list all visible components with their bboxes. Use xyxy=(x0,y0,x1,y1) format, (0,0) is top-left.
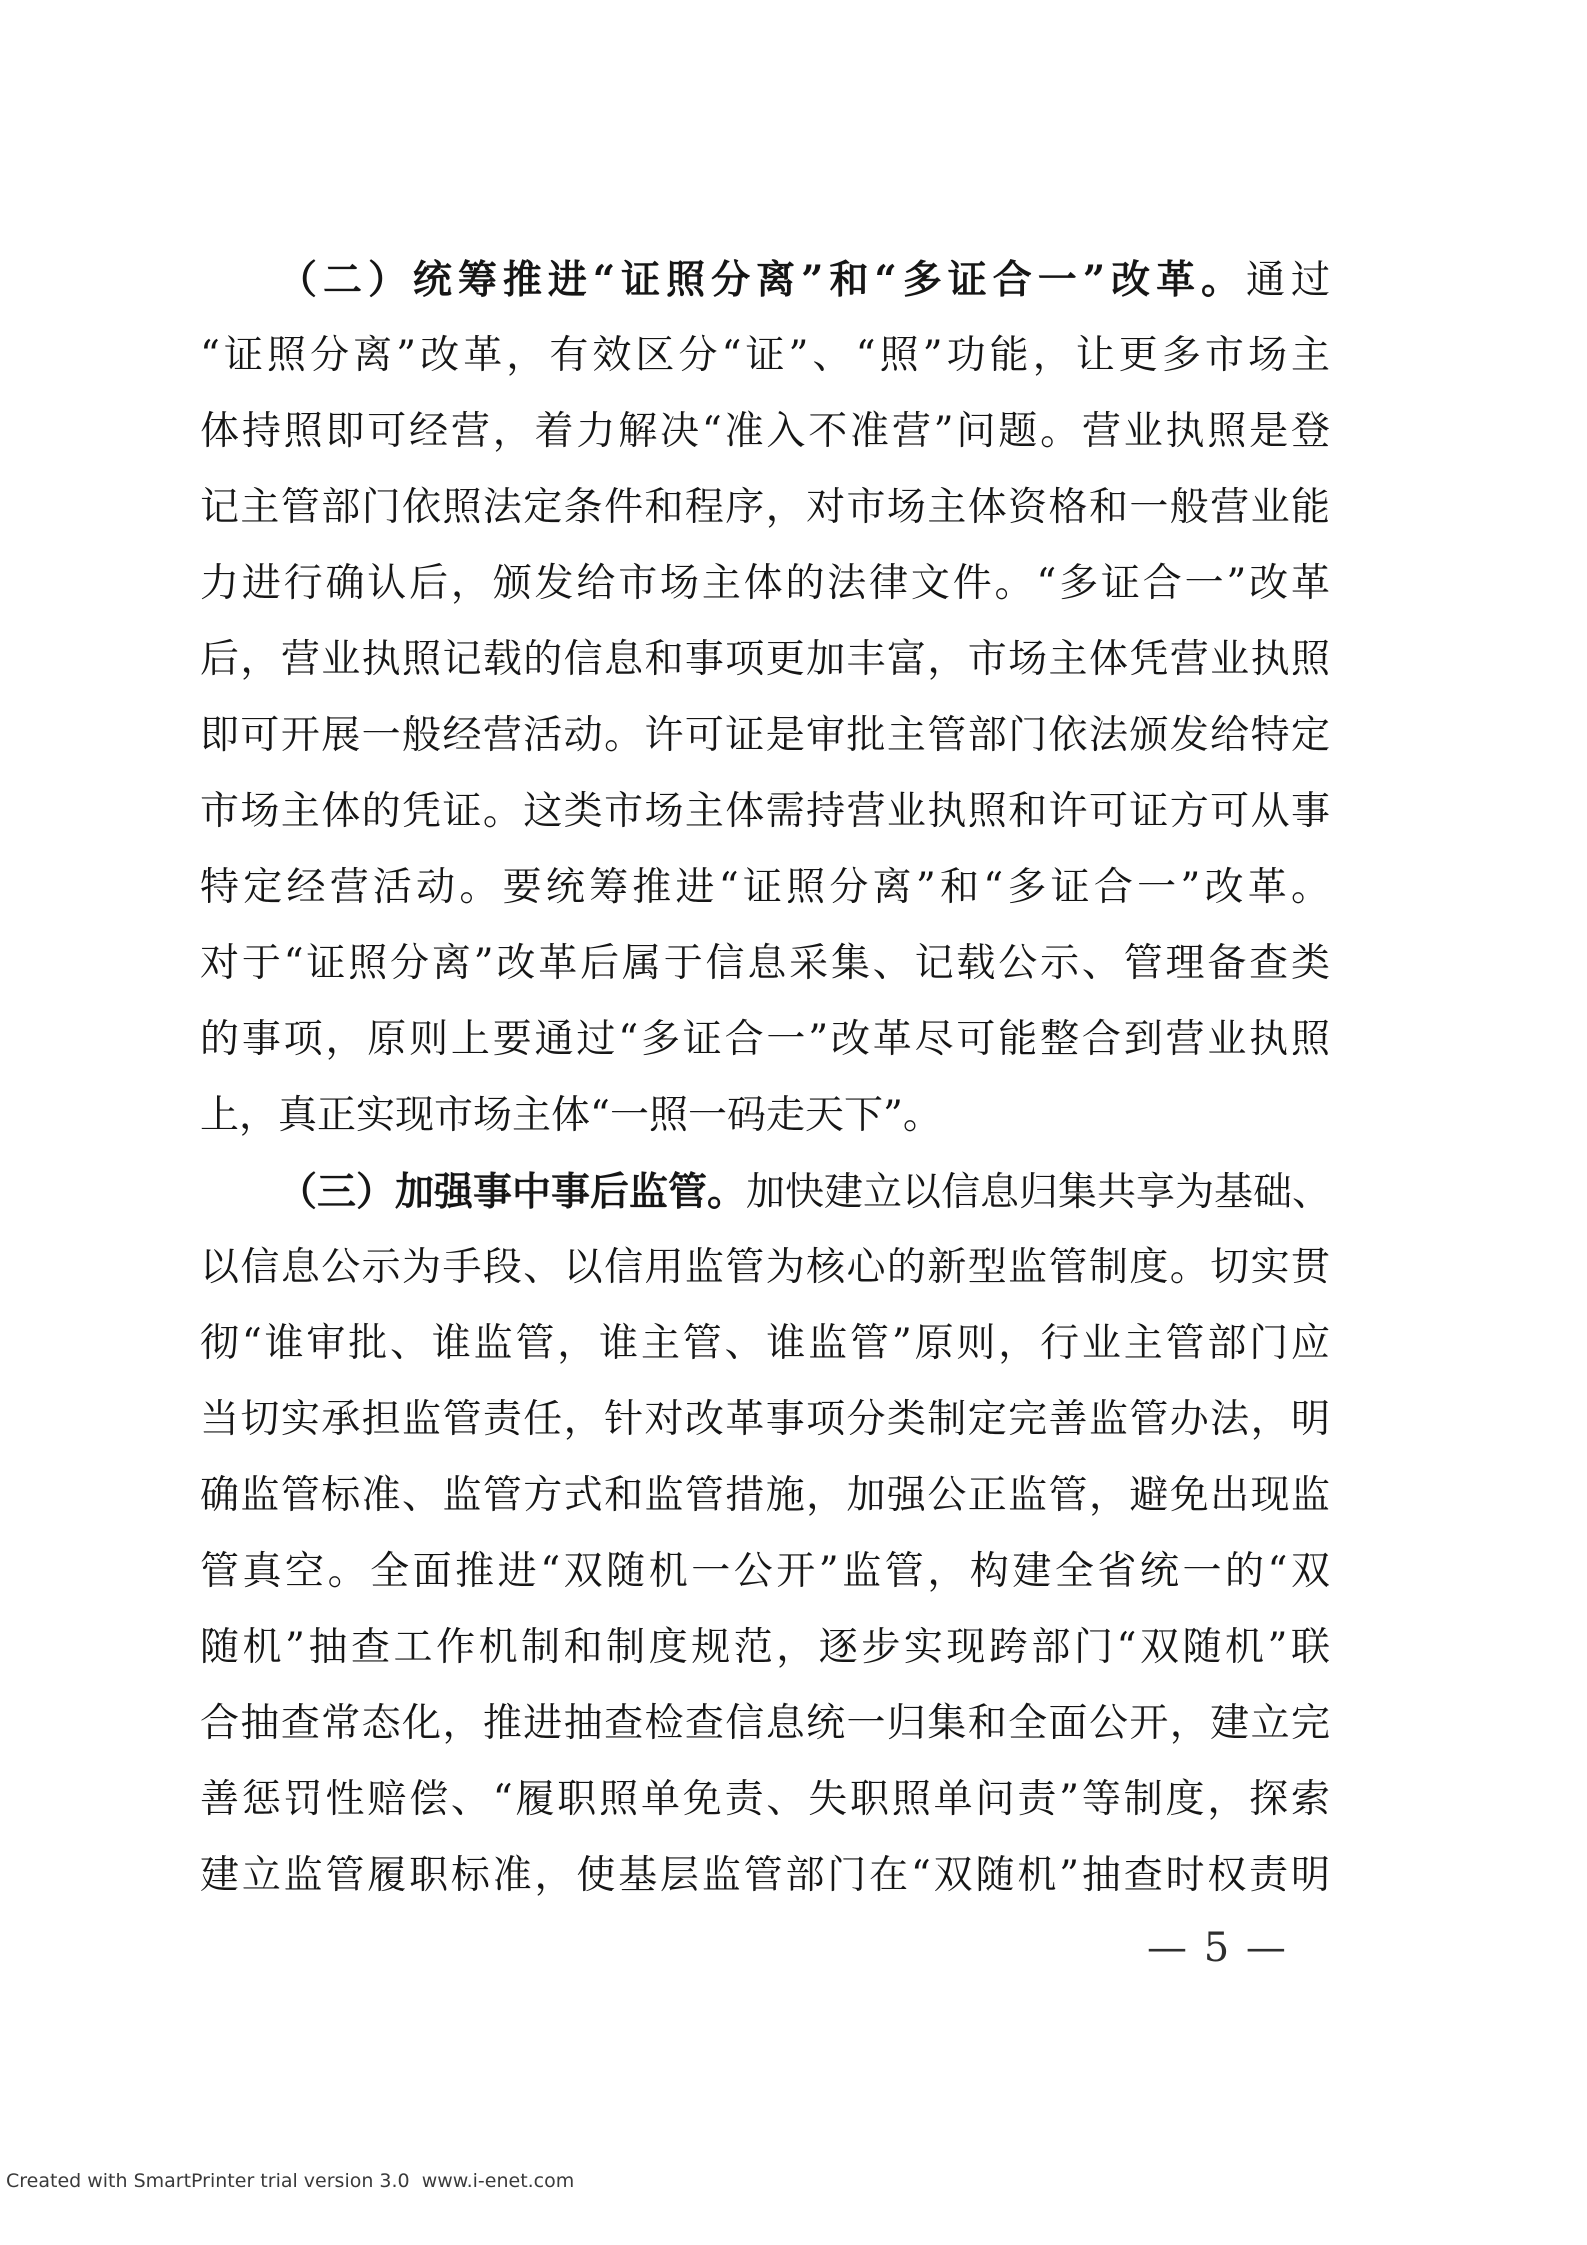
section-heading-text: （三）加强事中事后监管。 xyxy=(278,1169,746,1215)
page-number: — 5 — xyxy=(1147,1923,1287,1973)
line-text: 体持照即可经营，着力解决“准入不准营”问题。营业执照是登 xyxy=(200,409,1330,454)
document-page: （二）统筹推进“证照分离”和“多证合一”改革。通过 “证照分离”改革，有效区分“… xyxy=(0,0,1587,2245)
line-text: 确监管标准、监管方式和监管措施，加强公正监管，避免出现监 xyxy=(200,1473,1330,1518)
line-text: 记主管部门依照法定条件和程序，对市场主体资格和一般营业能 xyxy=(200,485,1330,530)
text-line: 以信息公示为手段、以信用监管为核心的新型监管制度。切实贯 xyxy=(200,1230,1330,1306)
line-text: 特定经营活动。要统筹推进“证照分离”和“多证合一”改革。 xyxy=(200,865,1330,910)
line-text: 的事项，原则上要通过“多证合一”改革尽可能整合到营业执照 xyxy=(200,1017,1330,1062)
line-text: 通过 xyxy=(1246,258,1330,303)
line-text: 上，真正实现市场主体“一照一码走天下”。 xyxy=(200,1093,942,1138)
text-line: 当切实承担监管责任，针对改革事项分类制定完善监管办法，明 xyxy=(200,1382,1330,1458)
text-line: （三）加强事中事后监管。加快建立以信息归集共享为基础、 xyxy=(200,1154,1330,1230)
text-line: 彻“谁审批、谁监管，谁主管、谁监管”原则，行业主管部门应 xyxy=(200,1306,1330,1382)
text-line: 建立监管履职标准，使基层监管部门在“双随机”抽查时权责明 xyxy=(200,1838,1330,1914)
text-line: 随机”抽查工作机制和制度规范，逐步实现跨部门“双随机”联 xyxy=(200,1610,1330,1686)
line-text: 随机”抽查工作机制和制度规范，逐步实现跨部门“双随机”联 xyxy=(200,1625,1330,1670)
text-line: 管真空。全面推进“双随机一公开”监管，构建全省统一的“双 xyxy=(200,1534,1330,1610)
text-line: 确监管标准、监管方式和监管措施，加强公正监管，避免出现监 xyxy=(200,1458,1330,1534)
line-text: 彻“谁审批、谁监管，谁主管、谁监管”原则，行业主管部门应 xyxy=(200,1321,1330,1366)
line-text: 当切实承担监管责任，针对改革事项分类制定完善监管办法，明 xyxy=(200,1397,1330,1442)
line-text: 市场主体的凭证。这类市场主体需持营业执照和许可证方可从事 xyxy=(200,789,1330,834)
text-line: 上，真正实现市场主体“一照一码走天下”。 xyxy=(200,1078,1330,1154)
text-line: 合抽查常态化，推进抽查检查信息统一归集和全面公开，建立完 xyxy=(200,1686,1330,1762)
line-text: 以信息公示为手段、以信用监管为核心的新型监管制度。切实贯 xyxy=(200,1245,1330,1290)
text-line: （二）统筹推进“证照分离”和“多证合一”改革。通过 xyxy=(200,242,1330,318)
line-text: 后，营业执照记载的信息和事项更加丰富，市场主体凭营业执照 xyxy=(200,637,1330,682)
line-text: 合抽查常态化，推进抽查检查信息统一归集和全面公开，建立完 xyxy=(200,1701,1330,1746)
text-line: 体持照即可经营，着力解决“准入不准营”问题。营业执照是登 xyxy=(200,394,1330,470)
text-line: 市场主体的凭证。这类市场主体需持营业执照和许可证方可从事 xyxy=(200,774,1330,850)
text-line: 力进行确认后，颁发给市场主体的法律文件。“多证合一”改革 xyxy=(200,546,1330,622)
line-text: 善惩罚性赔偿、“履职照单免责、失职照单问责”等制度，探索 xyxy=(200,1777,1330,1822)
line-text: 对于“证照分离”改革后属于信息采集、记载公示、管理备查类 xyxy=(200,941,1330,986)
text-line: 后，营业执照记载的信息和事项更加丰富，市场主体凭营业执照 xyxy=(200,622,1330,698)
line-text: 建立监管履职标准，使基层监管部门在“双随机”抽查时权责明 xyxy=(200,1853,1330,1898)
line-text: 力进行确认后，颁发给市场主体的法律文件。“多证合一”改革 xyxy=(200,561,1330,606)
section-heading-text: （二）统筹推进“证照分离”和“多证合一”改革。 xyxy=(278,257,1246,303)
line-text: 管真空。全面推进“双随机一公开”监管，构建全省统一的“双 xyxy=(200,1549,1330,1594)
text-line: 即可开展一般经营活动。许可证是审批主管部门依法颁发给特定 xyxy=(200,698,1330,774)
line-text: 即可开展一般经营活动。许可证是审批主管部门依法颁发给特定 xyxy=(200,713,1330,758)
text-line: 对于“证照分离”改革后属于信息采集、记载公示、管理备查类 xyxy=(200,926,1330,1002)
text-line: 善惩罚性赔偿、“履职照单免责、失职照单问责”等制度，探索 xyxy=(200,1762,1330,1838)
document-body: （二）统筹推进“证照分离”和“多证合一”改革。通过 “证照分离”改革，有效区分“… xyxy=(200,242,1330,1914)
line-text: 加快建立以信息归集共享为基础、 xyxy=(746,1170,1331,1215)
text-line: 记主管部门依照法定条件和程序，对市场主体资格和一般营业能 xyxy=(200,470,1330,546)
text-line: 的事项，原则上要通过“多证合一”改革尽可能整合到营业执照 xyxy=(200,1002,1330,1078)
line-text: “证照分离”改革，有效区分“证”、“照”功能，让更多市场主 xyxy=(200,333,1330,378)
text-line: “证照分离”改革，有效区分“证”、“照”功能，让更多市场主 xyxy=(200,318,1330,394)
text-line: 特定经营活动。要统筹推进“证照分离”和“多证合一”改革。 xyxy=(200,850,1330,926)
watermark-text: Created with SmartPrinter trial version … xyxy=(6,2168,574,2194)
